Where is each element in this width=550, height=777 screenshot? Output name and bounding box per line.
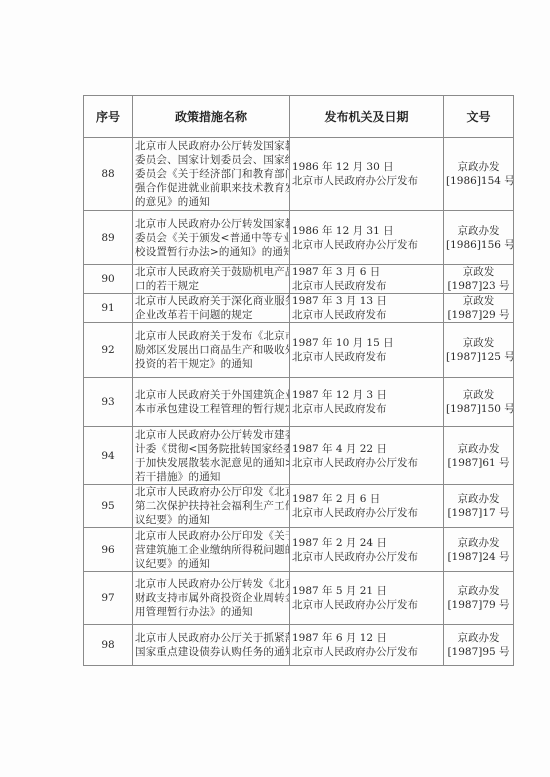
doc-serial: [1987]95 号	[446, 645, 511, 659]
doc-serial: [1987]150 号	[446, 402, 511, 416]
policy-name-cell: 北京市人民政府办公厅印发《北京市第二次保护扶持社会福利生产工作会议纪要》的通知	[133, 485, 290, 528]
doc-number-cell: 京政办发[1986]154 号	[444, 138, 514, 211]
issuer-date-cell: 1986 年 12 月 31 日北京市人民政府办公厅发布	[290, 211, 444, 265]
issuer-date-cell: 1987 年 12 月 3 日北京市人民政府发布	[290, 378, 444, 427]
header-doc-number: 文号	[444, 96, 514, 138]
policy-name-line: 委员会、国家计划委员会、国家经济	[135, 153, 287, 167]
issuer-date-cell: 1987 年 6 月 12 日北京市人民政府办公厅发布	[290, 625, 444, 666]
table-row: 91北京市人民政府关于深化商业服务业企业改革若干问题的规定1987 年 3 月 …	[84, 294, 514, 323]
table-row: 95北京市人民政府办公厅印发《北京市第二次保护扶持社会福利生产工作会议纪要》的通…	[84, 485, 514, 528]
policy-name-line: 财政支持市属外商投资企业周转金使	[135, 591, 287, 605]
doc-number-cell: 京政发[1987]125 号	[444, 323, 514, 378]
issuer-date-cell: 1987 年 2 月 24 日北京市人民政府办公厅发布	[290, 528, 444, 572]
table-row: 88北京市人民政府办公厅转发国家教育委员会、国家计划委员会、国家经济委员会《关于…	[84, 138, 514, 211]
table-row: 96北京市人民政府办公厅印发《关于国营建筑施工企业缴纳所得税问题的会议纪要》的通…	[84, 528, 514, 572]
policy-name-cell: 北京市人民政府关于深化商业服务业企业改革若干问题的规定	[133, 294, 290, 323]
policy-name-line: 委员会《关于经济部门和教育部门加	[135, 167, 287, 181]
issuer-date-cell: 1987 年 2 月 6 日北京市人民政府办公厅发布	[290, 485, 444, 528]
doc-prefix: 京政办发	[446, 442, 511, 456]
policy-name-cell: 北京市人民政府办公厅转发国家教育委员会、国家计划委员会、国家经济委员会《关于经济…	[133, 138, 290, 211]
table-header-row: 序号 政策措施名称 发布机关及日期 文号	[84, 96, 514, 138]
doc-serial: [1986]154 号	[446, 174, 511, 188]
policy-name-line: 企业改革若干问题的规定	[135, 308, 287, 322]
issuing-authority: 北京市人民政府办公厅发布	[292, 645, 441, 659]
header-policy-name: 政策措施名称	[133, 96, 290, 138]
row-number: 92	[84, 323, 133, 378]
doc-number-cell: 京政办发[1987]24 号	[444, 528, 514, 572]
doc-prefix: 京政发	[446, 388, 511, 402]
policy-name-line: 若干措施》的通知	[135, 470, 287, 484]
policy-table: 序号 政策措施名称 发布机关及日期 文号 88北京市人民政府办公厅转发国家教育委…	[83, 95, 514, 666]
doc-prefix: 京政发	[446, 265, 511, 279]
doc-number-cell: 京政办发[1987]61 号	[444, 427, 514, 485]
row-number: 93	[84, 378, 133, 427]
policy-name-line: 于加快发展散装水泥意见的通知>的	[135, 456, 287, 470]
issue-date: 1987 年 2 月 6 日	[292, 492, 441, 506]
doc-number-cell: 京政办发[1987]17 号	[444, 485, 514, 528]
table-row: 93北京市人民政府关于外国建筑企业在本市承包建设工程管理的暂行规定1987 年 …	[84, 378, 514, 427]
issuer-date-cell: 1987 年 3 月 13 日北京市人民政府发布	[290, 294, 444, 323]
issuer-date-cell: 1987 年 3 月 6 日北京市人民政府发布	[290, 265, 444, 294]
doc-serial: [1987]79 号	[446, 598, 511, 612]
policy-name-line: 第二次保护扶持社会福利生产工作会	[135, 499, 287, 513]
issue-date: 1987 年 2 月 24 日	[292, 536, 441, 550]
policy-name-line: 的意见》的通知	[135, 195, 287, 209]
doc-number-cell: 京政办发[1987]95 号	[444, 625, 514, 666]
policy-name-line: 北京市人民政府办公厅印发《北京市	[135, 485, 287, 499]
issuing-authority: 北京市人民政府办公厅发布	[292, 238, 441, 252]
table-row: 94北京市人民政府办公厅转发市建委、计委《贯彻<国务院批转国家经委关于加快发展散…	[84, 427, 514, 485]
doc-prefix: 京政办发	[446, 536, 511, 550]
issue-date: 1987 年 10 月 15 日	[292, 336, 441, 350]
policy-name-line: 校设置暂行办法>的通知》的通知	[135, 245, 287, 259]
issue-date: 1986 年 12 月 30 日	[292, 160, 441, 174]
policy-name-line: 北京市人民政府办公厅关于抓紧落实	[135, 631, 287, 645]
policy-name-line: 北京市人民政府办公厅转发市建委、	[135, 428, 287, 442]
row-number: 95	[84, 485, 133, 528]
doc-prefix: 京政发	[446, 294, 511, 308]
doc-prefix: 京政办发	[446, 224, 511, 238]
table-row: 89北京市人民政府办公厅转发国家教育委员会《关于颁发<普通中等专业学校设置暂行办…	[84, 211, 514, 265]
doc-serial: [1987]29 号	[446, 308, 511, 322]
row-number: 89	[84, 211, 133, 265]
doc-number-cell: 京政发[1987]23 号	[444, 265, 514, 294]
doc-prefix: 京政发	[446, 336, 511, 350]
table-row: 98北京市人民政府办公厅关于抓紧落实国家重点建设债券认购任务的通知1987 年 …	[84, 625, 514, 666]
policy-name-cell: 北京市人民政府办公厅关于抓紧落实国家重点建设债券认购任务的通知	[133, 625, 290, 666]
policy-name-line: 北京市人民政府关于外国建筑企业在	[135, 388, 287, 402]
policy-name-line: 委员会《关于颁发<普通中等专业学	[135, 231, 287, 245]
issuing-authority: 北京市人民政府发布	[292, 402, 441, 416]
doc-number-cell: 京政发[1987]150 号	[444, 378, 514, 427]
issuing-authority: 北京市人民政府发布	[292, 279, 441, 293]
policy-name-line: 用管理暂行办法》的通知	[135, 605, 287, 619]
policy-name-cell: 北京市人民政府办公厅转发市建委、计委《贯彻<国务院批转国家经委关于加快发展散装水…	[133, 427, 290, 485]
table-row: 97北京市人民政府办公厅转发《北京市财政支持市属外商投资企业周转金使用管理暂行办…	[84, 572, 514, 625]
policy-name-cell: 北京市人民政府办公厅转发《北京市财政支持市属外商投资企业周转金使用管理暂行办法》…	[133, 572, 290, 625]
issuer-date-cell: 1987 年 5 月 21 日北京市人民政府办公厅发布	[290, 572, 444, 625]
issue-date: 1987 年 12 月 3 日	[292, 388, 441, 402]
issuer-date-cell: 1987 年 10 月 15 日北京市人民政府发布	[290, 323, 444, 378]
doc-number-cell: 京政发[1987]29 号	[444, 294, 514, 323]
doc-serial: [1986]156 号	[446, 238, 511, 252]
issue-date: 1987 年 5 月 21 日	[292, 584, 441, 598]
policy-name-cell: 北京市人民政府办公厅印发《关于国营建筑施工企业缴纳所得税问题的会议纪要》的通知	[133, 528, 290, 572]
policy-name-line: 营建筑施工企业缴纳所得税问题的会	[135, 543, 287, 557]
policy-name-line: 北京市人民政府关于鼓励机电产品出	[135, 265, 287, 279]
policy-name-line: 本市承包建设工程管理的暂行规定	[135, 402, 287, 416]
table-row: 90北京市人民政府关于鼓励机电产品出口的若干规定1987 年 3 月 6 日北京…	[84, 265, 514, 294]
doc-number-cell: 京政办发[1986]156 号	[444, 211, 514, 265]
row-number: 90	[84, 265, 133, 294]
policy-name-line: 议纪要》的通知	[135, 557, 287, 571]
policy-name-line: 投资的若干规定》的通知	[135, 357, 287, 371]
row-number: 96	[84, 528, 133, 572]
issue-date: 1986 年 12 月 31 日	[292, 224, 441, 238]
row-number: 94	[84, 427, 133, 485]
policy-name-line: 北京市人民政府关于发布《北京市鼓	[135, 329, 287, 343]
policy-name-line: 北京市人民政府关于深化商业服务业	[135, 294, 287, 308]
policy-name-line: 北京市人民政府办公厅转发《北京市	[135, 577, 287, 591]
doc-number-cell: 京政办发[1987]79 号	[444, 572, 514, 625]
doc-serial: [1987]23 号	[446, 279, 511, 293]
issuing-authority: 北京市人民政府办公厅发布	[292, 598, 441, 612]
doc-serial: [1987]61 号	[446, 456, 511, 470]
policy-name-line: 计委《贯彻<国务院批转国家经委关	[135, 442, 287, 456]
policy-name-cell: 北京市人民政府关于鼓励机电产品出口的若干规定	[133, 265, 290, 294]
header-no: 序号	[84, 96, 133, 138]
doc-prefix: 京政办发	[446, 584, 511, 598]
issuing-authority: 北京市人民政府发布	[292, 350, 441, 364]
issue-date: 1987 年 3 月 6 日	[292, 265, 441, 279]
header-issuer-date: 发布机关及日期	[290, 96, 444, 138]
issuing-authority: 北京市人民政府发布	[292, 308, 441, 322]
policy-name-cell: 北京市人民政府办公厅转发国家教育委员会《关于颁发<普通中等专业学校设置暂行办法>…	[133, 211, 290, 265]
issuer-date-cell: 1987 年 4 月 22 日北京市人民政府办公厅发布	[290, 427, 444, 485]
issuing-authority: 北京市人民政府办公厅发布	[292, 174, 441, 188]
row-number: 91	[84, 294, 133, 323]
policy-name-cell: 北京市人民政府关于外国建筑企业在本市承包建设工程管理的暂行规定	[133, 378, 290, 427]
doc-prefix: 京政办发	[446, 160, 511, 174]
table-row: 92北京市人民政府关于发布《北京市鼓励郊区发展出口商品生产和吸收外商投资的若干规…	[84, 323, 514, 378]
row-number: 98	[84, 625, 133, 666]
policy-name-line: 北京市人民政府办公厅印发《关于国	[135, 529, 287, 543]
issue-date: 1987 年 4 月 22 日	[292, 442, 441, 456]
issuing-authority: 北京市人民政府办公厅发布	[292, 456, 441, 470]
doc-prefix: 京政办发	[446, 492, 511, 506]
issuer-date-cell: 1986 年 12 月 30 日北京市人民政府办公厅发布	[290, 138, 444, 211]
policy-name-line: 励郊区发展出口商品生产和吸收外商	[135, 343, 287, 357]
row-number: 97	[84, 572, 133, 625]
doc-prefix: 京政办发	[446, 631, 511, 645]
policy-name-line: 北京市人民政府办公厅转发国家教育	[135, 217, 287, 231]
policy-name-line: 口的若干规定	[135, 279, 287, 293]
policy-name-line: 国家重点建设债券认购任务的通知	[135, 645, 287, 659]
table-body: 88北京市人民政府办公厅转发国家教育委员会、国家计划委员会、国家经济委员会《关于…	[84, 138, 514, 666]
issuing-authority: 北京市人民政府办公厅发布	[292, 506, 441, 520]
document-page: 序号 政策措施名称 发布机关及日期 文号 88北京市人民政府办公厅转发国家教育委…	[0, 0, 550, 777]
doc-serial: [1987]24 号	[446, 550, 511, 564]
issue-date: 1987 年 3 月 13 日	[292, 294, 441, 308]
policy-name-cell: 北京市人民政府关于发布《北京市鼓励郊区发展出口商品生产和吸收外商投资的若干规定》…	[133, 323, 290, 378]
policy-name-line: 强合作促进就业前职来技术教育发展	[135, 181, 287, 195]
row-number: 88	[84, 138, 133, 211]
doc-serial: [1987]17 号	[446, 506, 511, 520]
issuing-authority: 北京市人民政府办公厅发布	[292, 550, 441, 564]
policy-name-line: 北京市人民政府办公厅转发国家教育	[135, 139, 287, 153]
doc-serial: [1987]125 号	[446, 350, 511, 364]
policy-name-line: 议纪要》的通知	[135, 513, 287, 527]
issue-date: 1987 年 6 月 12 日	[292, 631, 441, 645]
